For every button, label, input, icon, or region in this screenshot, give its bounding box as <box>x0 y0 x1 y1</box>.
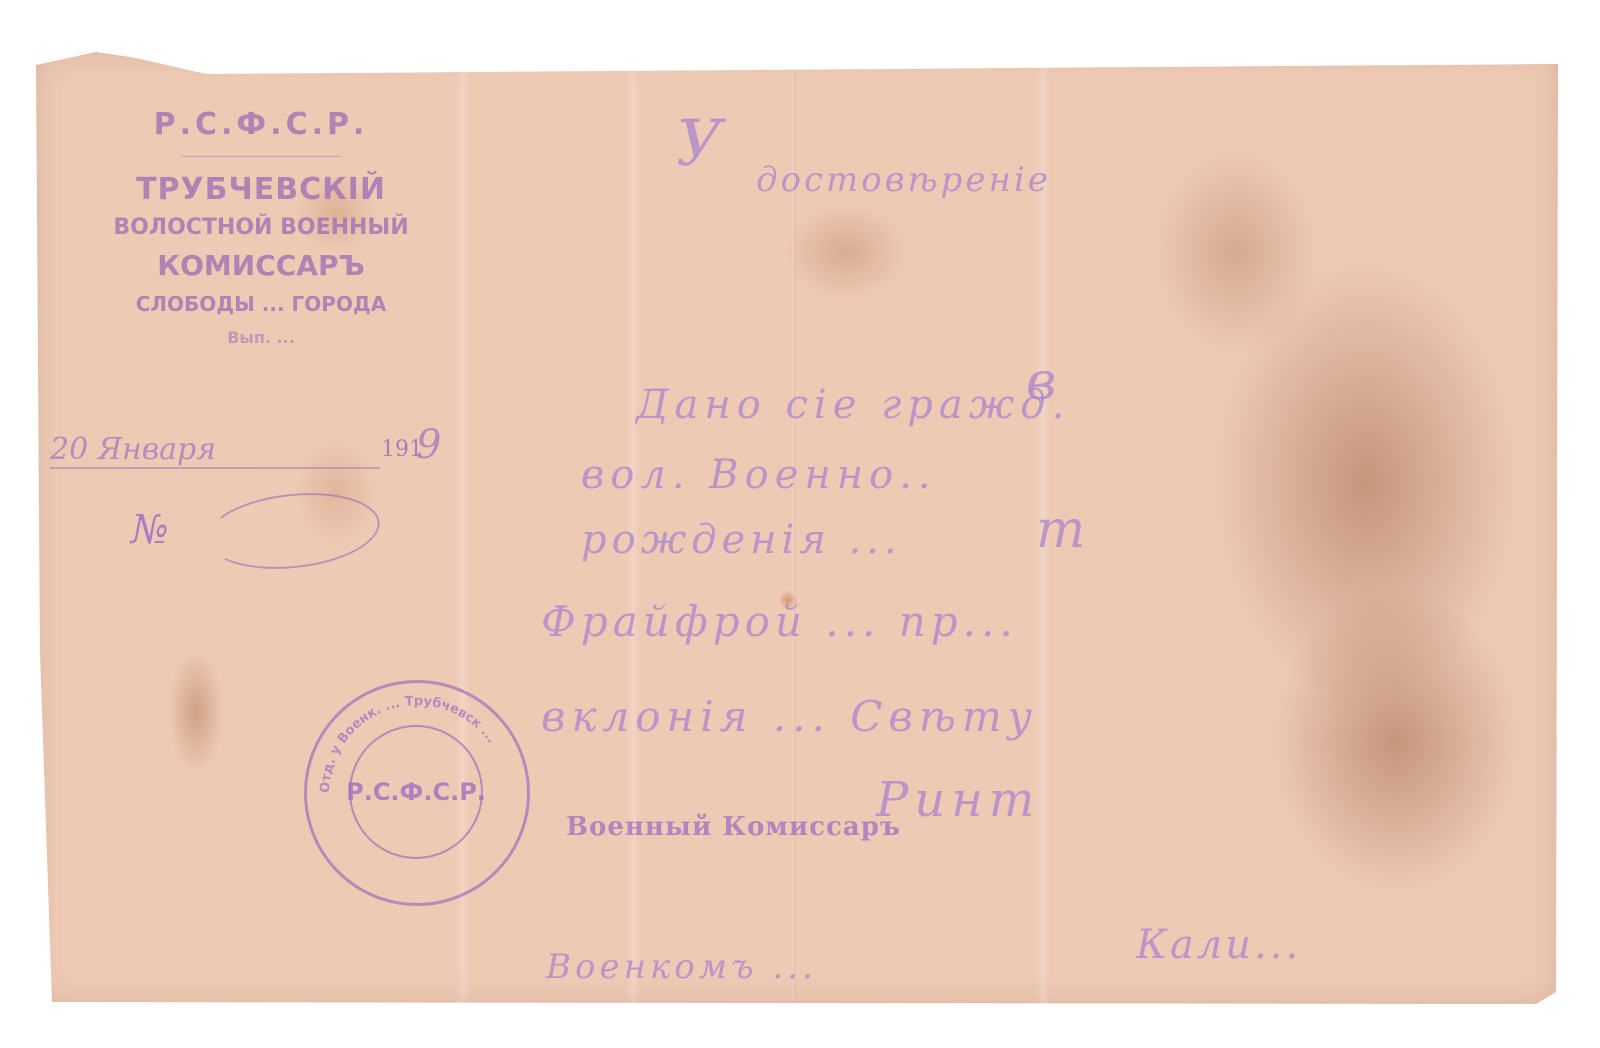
heading-initial: У <box>676 107 722 181</box>
body-line-2: вол. Военно.. <box>581 452 937 498</box>
round-seal: Отд. у Военк. ... Трубчевск ... Р.С.Ф.С.… <box>304 680 530 906</box>
seal-center-text: Р.С.Ф.С.Р. <box>346 778 486 806</box>
stamp-line-2: ВОЛОСТНОЙ ВОЕННЫЙ <box>66 209 456 247</box>
header-stamp: Р.С.Ф.С.Р. ТРУБЧЕВСКІЙ ВОЛОСТНОЙ ВОЕННЫЙ… <box>66 107 456 353</box>
stamp-line-5: Вып. ... <box>66 323 456 353</box>
number-flourish <box>203 485 384 577</box>
number-mark: № <box>131 507 169 553</box>
commissar-stamp: Военный Комиссаръ <box>566 812 901 842</box>
body-line-4: Фрайфрой ... пр... <box>541 597 1018 646</box>
seal-inner-ring: Р.С.Ф.С.Р. <box>349 725 483 859</box>
body-line-1-right: в <box>1026 352 1056 412</box>
date-year-handwritten: 9 <box>416 422 441 468</box>
bottom-signature: Кали... <box>1136 922 1301 968</box>
body-line-3-right: т <box>1036 500 1085 560</box>
heading-text: достовѣреніе <box>756 160 1051 200</box>
body-line-5: вклонія ... Свѣту <box>541 692 1038 741</box>
document-paper: Р.С.Ф.С.Р. ТРУБЧЕВСКІЙ ВОЛОСТНОЙ ВОЕННЫЙ… <box>36 52 1558 1004</box>
stamp-rsfsr: Р.С.Ф.С.Р. <box>66 107 456 142</box>
stamp-line-1: ТРУБЧЕВСКІЙ <box>66 171 456 209</box>
signature-middle: Ринт <box>876 772 1040 828</box>
date-handwritten: 20 Января <box>50 432 380 469</box>
stamp-line-4: СЛОБОДЫ ... ГОРОДА <box>66 285 456 323</box>
body-line-3: рожденія ... <box>581 517 902 563</box>
stamp-line-3: КОМИССАРЪ <box>66 247 456 285</box>
body-line-1: Дано сіе гражд. <box>636 382 1070 428</box>
bottom-line: Военкомъ ... <box>546 947 817 987</box>
stamp-rule <box>181 156 341 157</box>
